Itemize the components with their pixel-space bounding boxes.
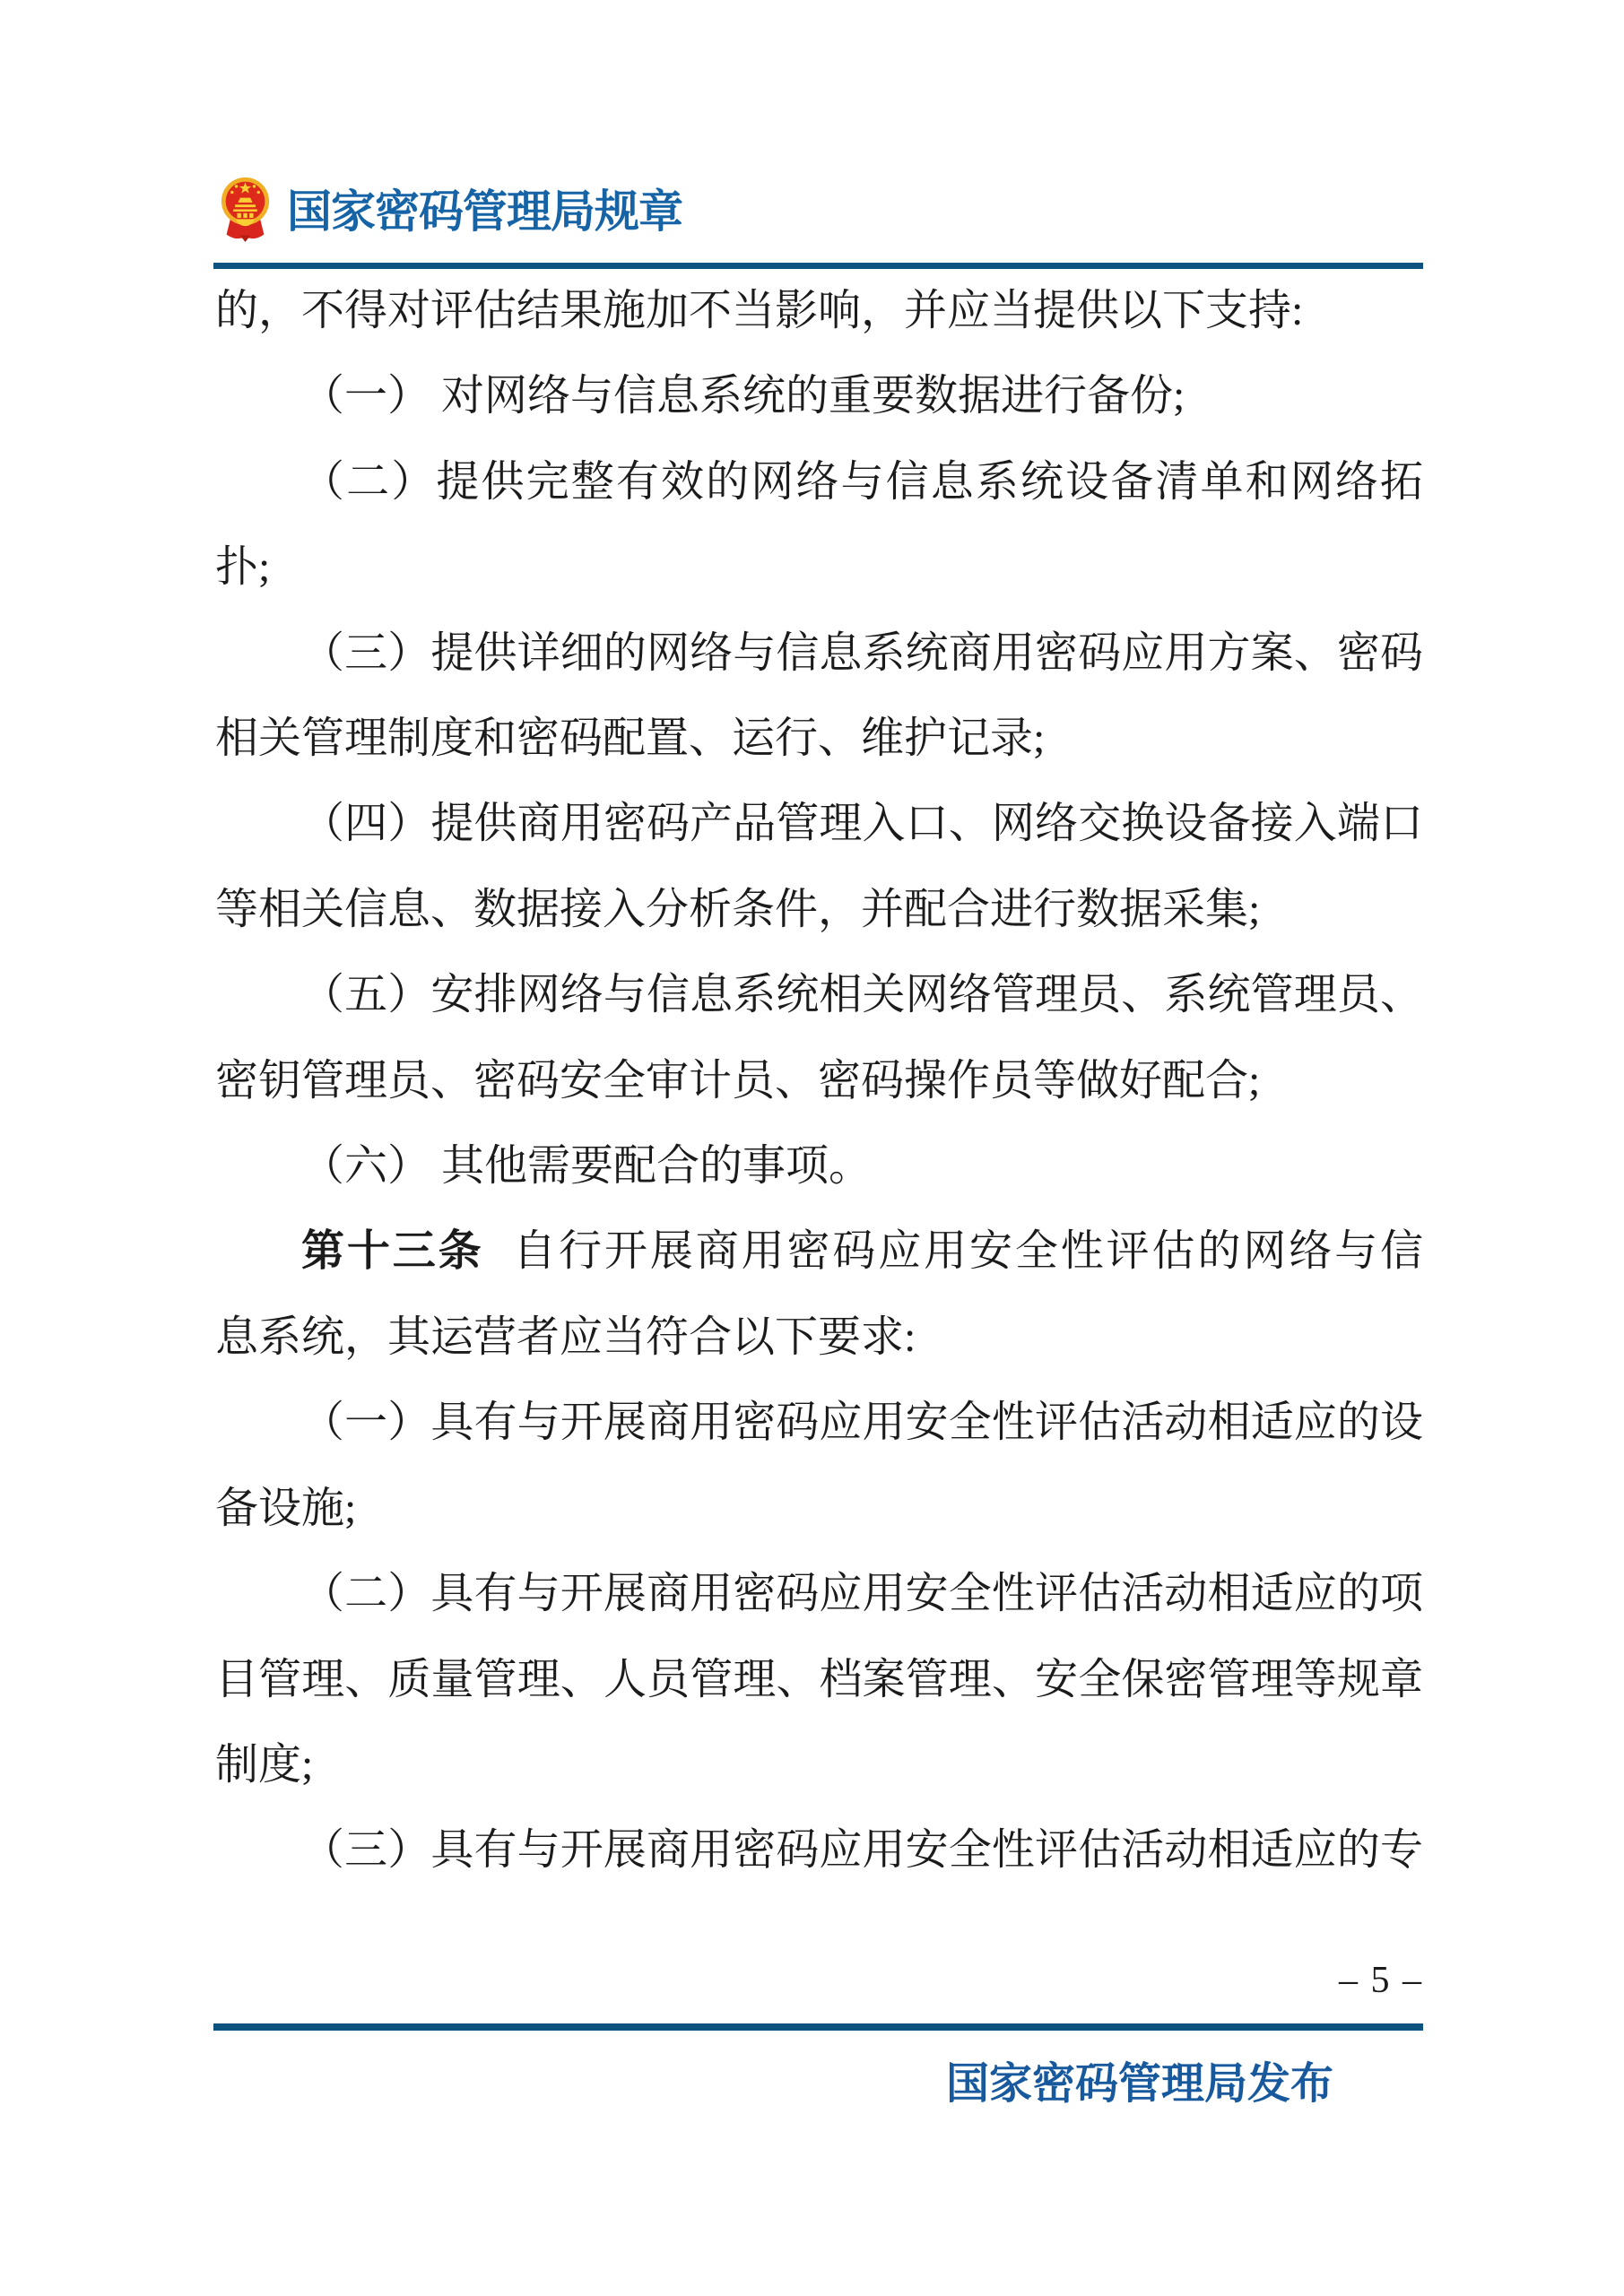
body-line: （二）提供完整有效的网络与信息系统设备清单和网络拓: [215, 439, 1423, 524]
body-line: 相关管理制度和密码配置、运行、维护记录;: [215, 696, 1423, 781]
body-line: （六） 其他需要配合的事项。: [215, 1123, 1423, 1209]
body-line: （三）提供详细的网络与信息系统商用密码应用方案、密码: [215, 611, 1423, 696]
body-line: 目管理、质量管理、人员管理、档案管理、安全保密管理等规章: [215, 1637, 1423, 1722]
body-line: 制度;: [215, 1722, 1423, 1807]
body-line: （五）安排网络与信息系统相关网络管理员、系统管理员、: [215, 952, 1423, 1037]
body-line: 扑;: [215, 524, 1423, 610]
body-line: 的，不得对评估结果施加不当影响，并应当提供以下支持:: [215, 268, 1423, 353]
publisher-label: 国家密码管理局发布: [946, 2058, 1333, 2110]
body-line: （四）提供商用密码产品管理入口、网络交换设备接入端口: [215, 781, 1423, 866]
national-emblem-icon: [220, 175, 271, 243]
article-number: 第十三条: [301, 1227, 484, 1275]
footer-rule: [213, 2023, 1423, 2031]
body-line: （二）具有与开展商用密码应用安全性评估活动相适应的项: [215, 1551, 1423, 1636]
body-line: 息系统，其运营者应当符合以下要求:: [215, 1295, 1423, 1380]
body-line: （一）具有与开展商用密码应用安全性评估活动相适应的设: [215, 1380, 1423, 1465]
header-title: 国家密码管理局规章: [287, 185, 682, 238]
body-line: 备设施;: [215, 1466, 1423, 1551]
body-line: （三）具有与开展商用密码应用安全性评估活动相适应的专: [215, 1807, 1423, 1893]
document-page: 国家密码管理局规章 的，不得对评估结果施加不当影响，并应当提供以下支持:（一） …: [0, 0, 1624, 2296]
document-body: 的，不得对评估结果施加不当影响，并应当提供以下支持:（一） 对网络与信息系统的重…: [215, 268, 1423, 1893]
body-line: 第十三条自行开展商用密码应用安全性评估的网络与信: [215, 1209, 1423, 1294]
body-line: 等相关信息、数据接入分析条件，并配合进行数据采集;: [215, 867, 1423, 952]
body-line: （一） 对网络与信息系统的重要数据进行备份;: [215, 353, 1423, 438]
page-number: – 5 –: [1339, 1960, 1423, 2001]
body-line: 密钥管理员、密码安全审计员、密码操作员等做好配合;: [215, 1038, 1423, 1123]
